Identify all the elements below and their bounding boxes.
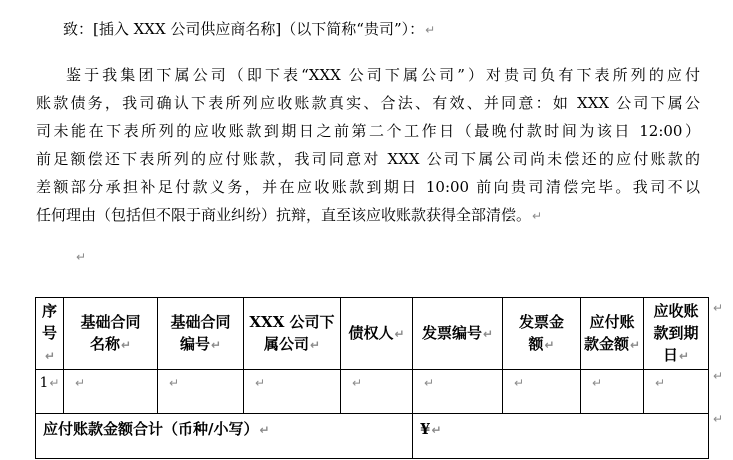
header-label: 基础合同 名称 [80,313,140,353]
header-label: XXX 公司下 属公司 [249,313,334,353]
cell-payable-amount: ↵ [581,370,644,414]
cell-contract-no: ↵ [158,370,244,414]
cell-invoice-amount: ↵ [503,370,581,414]
cell-contract-name: ↵ [64,370,158,414]
empty-paragraph: ↵ [36,242,700,270]
footer-amount-cell: ¥↵ [413,414,709,459]
cell-mark-icon: ↵ [629,338,640,352]
cell-seq: 1↵ [36,370,64,414]
cell-mark-icon: ↵ [309,338,320,352]
table-footer-row: 应付账款金额合计（币种/小写）↵ ¥↵ [36,414,709,459]
currency-symbol: ¥ [420,420,430,438]
cell-mark-icon: ↵ [351,376,362,390]
cell-mark-icon: ↵ [74,376,85,390]
header-cell-seq: 序 号↵ [36,298,64,370]
table-row: 1↵ ↵ ↵ ↵ ↵ ↵ ↵ ↵ ↵ [36,370,709,414]
body-line: 账款债务，我司确认下表所列应收账款真实、合法、有效、并同意：如 XXX 公司下属… [36,89,700,117]
row-end-mark-icon: ↵ [712,301,723,315]
paragraph-mark-icon: ↵ [75,250,86,264]
header-label: 序 号 [42,302,57,342]
header-cell-invoice-no: 发票编号↵ [413,298,503,370]
body-line: 差额部分承担补足付款义务，并在应收账款到期日 10:00 前向贵司清偿完毕。我司… [36,173,700,201]
header-cell-invoice-amount: 发票金 额↵ [503,298,581,370]
cell-mark-icon: ↵ [430,423,441,437]
header-label: 发票编号 [422,324,482,342]
body-paragraph: 鉴于我集团下属公司（即下表“XXX 公司下属公司”）对贵司负有下表所列的应付 账… [36,61,700,230]
cell-mark-icon: ↵ [120,338,131,352]
header-label: 债权人 [348,324,393,342]
body-line: 前足额偿还下表所列的应付账款，我司同意对 XXX 公司下属公司尚未偿还的应付账款… [36,145,700,173]
cell-invoice-no: ↵ [413,370,503,414]
body-line: 任何理由（包括但不限于商业纠纷）抗辩，直至该应收账款获得全部清偿。↵ [36,201,700,230]
cell-mark-icon: ↵ [393,327,404,341]
cell-mark-icon: ↵ [513,376,524,390]
body-line: 鉴于我集团下属公司（即下表“XXX 公司下属公司”）对贵司负有下表所列的应付 [36,61,700,89]
cell-mark-icon: ↵ [543,338,554,352]
header-cell-payable-amount: 应付账 款金额↵ [581,298,644,370]
header-label: 应付账 款金额 [584,313,635,353]
salutation-text: 致：[插入 XXX 公司供应商名称]（以下简称“贵司”）： [63,20,424,38]
payables-table-wrap: 序 号↵ 基础合同 名称↵ 基础合同 编号↵ XXX 公司下 属公司↵ 债权人↵… [35,297,708,459]
header-cell-contract-no: 基础合同 编号↵ [158,298,244,370]
cell-mark-icon: ↵ [168,376,179,390]
salutation-line: 致：[插入 XXX 公司供应商名称]（以下简称“贵司”）：↵ [36,16,700,43]
paragraph-mark-icon: ↵ [424,23,435,37]
document-page: 致：[插入 XXX 公司供应商名称]（以下简称“贵司”）：↵ 鉴于我集团下属公司… [0,0,733,460]
header-label: 发票金 额 [519,313,564,353]
header-cell-contract-name: 基础合同 名称↵ [64,298,158,370]
header-cell-creditor: 债权人↵ [341,298,413,370]
payables-table: 序 号↵ 基础合同 名称↵ 基础合同 编号↵ XXX 公司下 属公司↵ 债权人↵… [35,297,709,459]
cell-mark-icon: ↵ [654,376,665,390]
paragraph-mark-icon: ↵ [531,209,542,223]
header-cell-due-date: 应收账 款到期 日↵ [644,298,709,370]
cell-mark-icon: ↵ [210,338,221,352]
cell-mark-icon: ↵ [423,376,434,390]
cell-mark-icon: ↵ [48,376,59,390]
cell-due-date: ↵ [644,370,709,414]
footer-total-label: 应付账款金额合计（币种/小写） [43,420,258,438]
cell-mark-icon: ↵ [678,349,689,363]
body-line: 司未能在下表所列的应收账款到期日之前第二个工作日（最晚付款时间为该日 12:00… [36,117,700,145]
cell-creditor: ↵ [341,370,413,414]
cell-mark-icon: ↵ [44,349,55,363]
cell-subsidiary: ↵ [244,370,341,414]
cell-mark-icon: ↵ [591,376,602,390]
cell-mark-icon: ↵ [258,423,269,437]
row-end-mark-icon: ↵ [712,412,723,426]
header-label: 基础合同 编号 [170,313,230,353]
cell-mark-icon: ↵ [254,376,265,390]
cell-mark-icon: ↵ [482,327,493,341]
body-line-text: 任何理由（包括但不限于商业纠纷）抗辩，直至该应收账款获得全部清偿。 [36,206,531,224]
header-label: 应收账 款到期 日 [653,302,698,364]
row-end-mark-icon: ↵ [712,369,723,383]
table-header-row: 序 号↵ 基础合同 名称↵ 基础合同 编号↵ XXX 公司下 属公司↵ 债权人↵… [36,298,709,370]
footer-total-label-cell: 应付账款金额合计（币种/小写）↵ [36,414,413,459]
header-cell-subsidiary: XXX 公司下 属公司↵ [244,298,341,370]
